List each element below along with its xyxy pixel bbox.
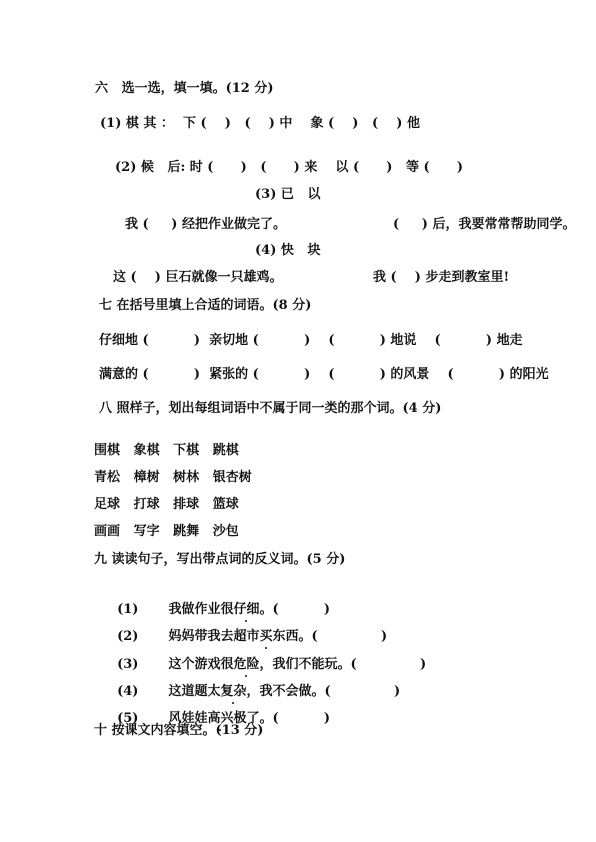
section-10-heading: 十 按课文内容填空。(13 分) (94, 723, 263, 739)
word-group-4: 画画 写字 跳舞 沙包 (94, 524, 239, 540)
section-8-heading: 八 照样子，划出每组词语中不属于同一类的那个词。(4 分) (99, 401, 441, 417)
section-7-row-1: 仔细地 ( ) 亲切地 ( ) ( ) 地说 ( ) 地走 (99, 333, 523, 349)
section-6-question-1: (1) 棋 其 ： 下 ( ) ( ) 中 象 ( ) ( ) 他 (100, 116, 420, 132)
section-6-question-3-label: (3) 已 以 (255, 187, 320, 203)
section-6-question-2: (2) 候 后: 时 ( ) ( ) 来 以 ( ) 等 ( ) (115, 160, 463, 176)
word-group-3: 足球 打球 排球 篮球 (94, 497, 239, 513)
section-6-question-4-label: (4) 快 块 (255, 243, 320, 259)
section-6-question-4-right: 我 ( ) 步走到教室里! (373, 270, 509, 286)
section-6-question-3-left: 我 ( ) 经把作业做完了。 (125, 217, 286, 233)
section-6-heading: 六 选一选，填一填。(12 分) (95, 81, 274, 97)
section-9-heading: 九 读读句子，写出带点词的反义词。(5 分) (94, 552, 345, 568)
section-6-question-4-left: 这 ( ) 巨石就像一只雄鸡。 (113, 270, 282, 286)
section-7-row-2: 满意的 ( ) 紧张的 ( ) ( ) 的风景 ( ) 的阳光 (99, 367, 549, 383)
word-group-2: 青松 樟树 树林 银杏树 (94, 470, 252, 486)
section-6-question-3-right: ( ) 后，我要常常帮助同学。 (393, 217, 575, 233)
section-7-heading: 七 在括号里填上合适的词语。(8 分) (99, 298, 311, 314)
word-group-1: 围棋 象棋 下棋 跳棋 (94, 443, 239, 459)
